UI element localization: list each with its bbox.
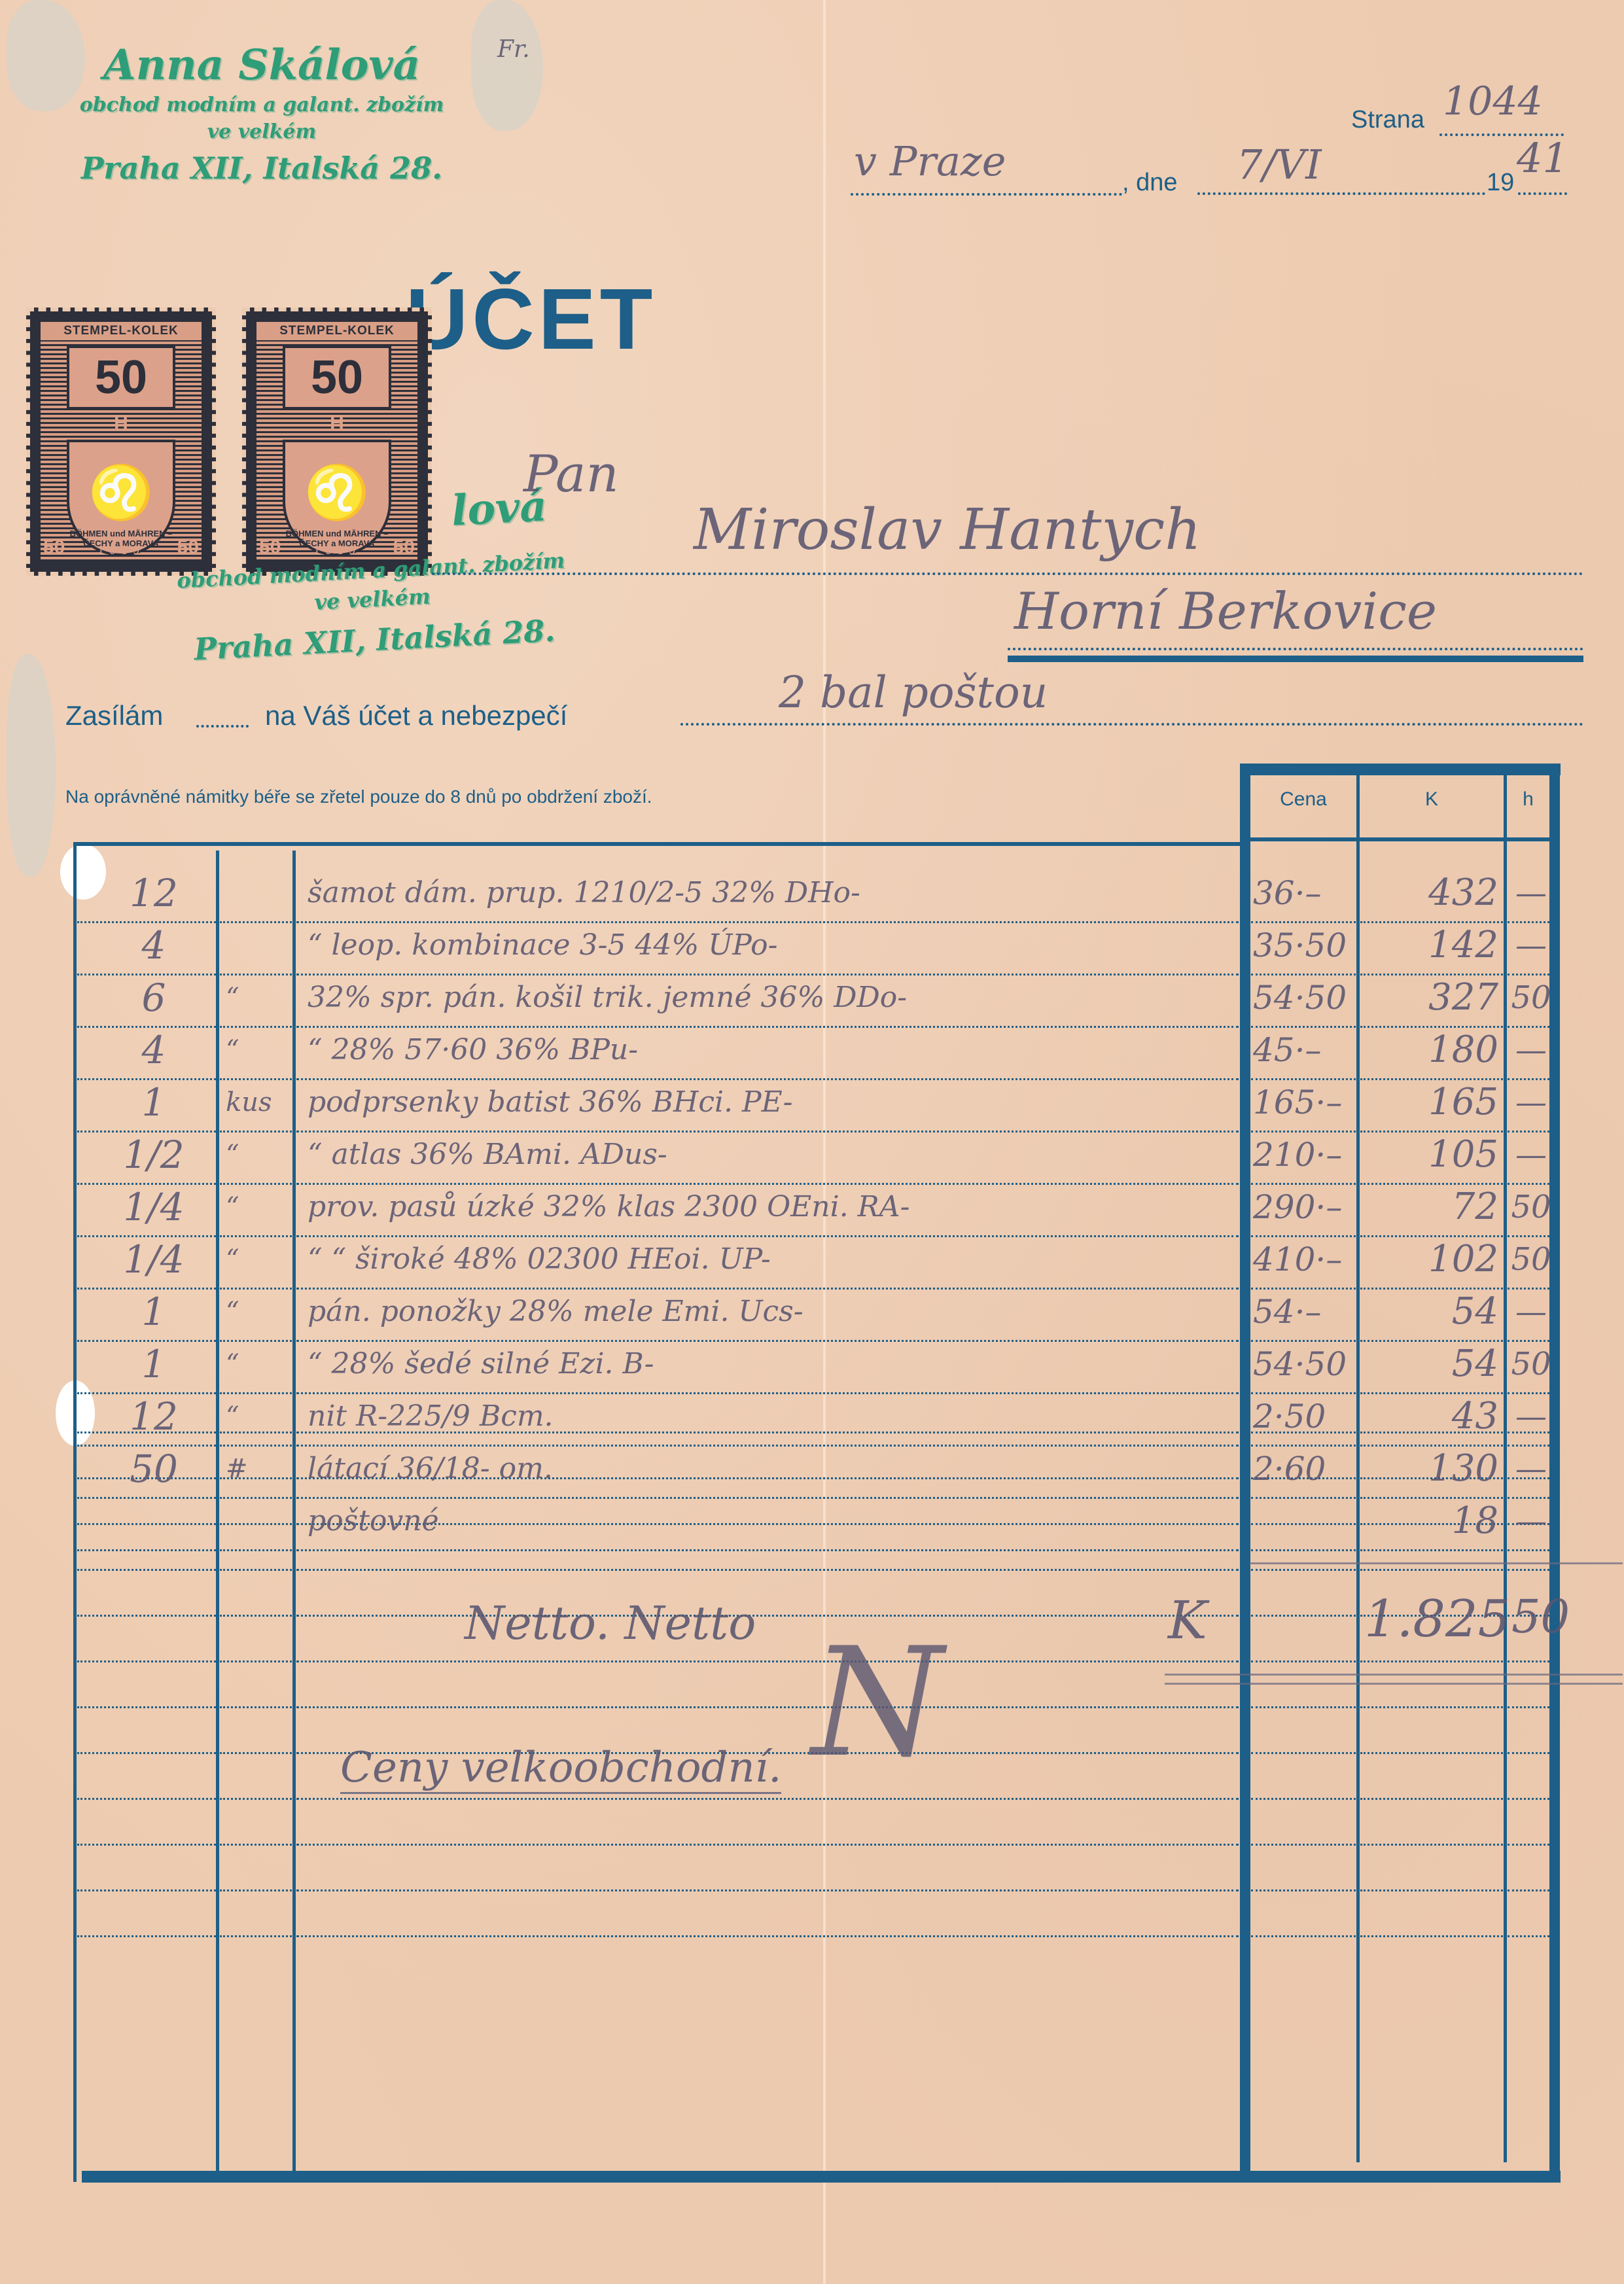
total-hellers: 50 <box>1511 1590 1570 1643</box>
row-qty: 12 <box>105 1394 203 1439</box>
stamp-top-label: STEMPEL-KOLEK <box>256 322 417 340</box>
row-unit: “ <box>226 1132 288 1178</box>
row-qty: 1 <box>105 1080 203 1125</box>
shipping-value: 2 bal poštou <box>779 667 1048 718</box>
row-unit: “ <box>226 975 288 1021</box>
row-dotted-line <box>1508 1935 1549 1937</box>
row-qty: 1 <box>105 1341 203 1387</box>
row-crowns: 43 <box>1364 1394 1498 1439</box>
row-dotted-line <box>1251 1889 1356 1891</box>
row-price: 290·– <box>1253 1184 1354 1230</box>
lion-emblem-icon: ♌ <box>285 462 389 523</box>
row-crowns: 72 <box>1364 1184 1498 1230</box>
table-top-rule <box>73 842 1241 846</box>
row-hellers: — <box>1508 1132 1554 1178</box>
row-dotted-line <box>220 1935 292 1937</box>
row-crowns: 130 <box>1364 1446 1498 1492</box>
row-dotted-line <box>77 1497 216 1499</box>
row-dotted-line <box>1251 1935 1356 1937</box>
row-unit: “ <box>226 1394 288 1439</box>
row-dotted-line <box>1251 1844 1356 1846</box>
total-crowns: 1.825 <box>1364 1590 1510 1649</box>
row-hellers: — <box>1508 1498 1554 1544</box>
year-field-line <box>1518 192 1567 195</box>
row-dotted-line <box>1251 1497 1356 1499</box>
shipping-label-a: Zasílám <box>65 700 163 731</box>
letterhead-line1: obchod modním a galant. zbožím <box>33 92 491 119</box>
currency-mark: K <box>1168 1590 1207 1651</box>
row-dotted-line <box>77 1706 216 1708</box>
row-dotted-line <box>1508 1798 1549 1800</box>
row-dotted-line <box>220 1615 292 1617</box>
row-dotted-line <box>296 1615 1239 1617</box>
recipient-town: Horní Berkovice <box>1014 582 1437 641</box>
row-dotted-line <box>1360 1569 1503 1571</box>
row-dotted-line <box>296 1798 1239 1800</box>
letterhead-address: Praha XII, Italská 28. <box>33 145 491 191</box>
row-crowns: 142 <box>1364 922 1498 968</box>
price-header-rule <box>1250 837 1549 841</box>
row-unit: “ <box>226 1237 288 1282</box>
recipient-name: Miroslav Hantych <box>694 497 1201 563</box>
total-double-rule <box>1165 1674 1623 1676</box>
column-header-hellers: h <box>1507 788 1549 811</box>
row-price: 36·– <box>1253 870 1354 916</box>
row-hellers: — <box>1508 870 1554 916</box>
row-dotted-line <box>296 1569 1239 1571</box>
row-dotted-line <box>220 1660 292 1662</box>
signature: N <box>811 1616 943 1791</box>
year-value: 41 <box>1517 134 1568 182</box>
recipient-salutation: Pan <box>523 445 619 504</box>
row-desc: šamot dám. prup. 1210/2-5 32% DHo- <box>308 870 1224 916</box>
row-desc: 32% spr. pán. košil trik. jemné 36% DDo- <box>308 975 1224 1021</box>
row-dotted-line <box>1251 1549 1356 1551</box>
row-qty: 1 <box>105 1289 203 1335</box>
stamp-value: 50 <box>67 345 175 410</box>
row-dotted-line <box>296 1935 1239 1937</box>
stamp-unit: H <box>256 412 417 434</box>
row-price: 2·50 <box>1253 1394 1354 1439</box>
row-dotted-line <box>77 1935 216 1937</box>
total-double-rule <box>1165 1683 1623 1685</box>
qty-unit-divider <box>216 851 219 2182</box>
row-dotted-line <box>77 1523 216 1525</box>
row-hellers: 50 <box>1508 1237 1554 1282</box>
row-dotted-line <box>77 1844 216 1846</box>
row-qty: 1/4 <box>105 1184 203 1230</box>
row-dotted-line <box>220 1752 292 1754</box>
letterhead-name: Anna Skálová <box>33 39 491 92</box>
row-dotted-line <box>1508 1752 1549 1754</box>
crowns-hellers-divider <box>1504 775 1507 2162</box>
revenue-stamp: STEMPEL-KOLEK 50 H ♌ BÖHMEN und MÄHREN –… <box>26 307 216 576</box>
page-label: Strana <box>1351 106 1424 134</box>
complaints-notice: Na oprávněné námitky béře se zřetel pouz… <box>65 786 652 807</box>
row-crowns: 180 <box>1364 1027 1498 1073</box>
recipient-name-line <box>432 572 1583 575</box>
recipient-town-line <box>1008 648 1583 650</box>
stamp-value: 50 <box>283 345 391 410</box>
row-desc: nit R-225/9 Bcm. <box>308 1394 1224 1439</box>
row-dotted-line <box>1360 1935 1503 1937</box>
date-label: , dne <box>1122 169 1178 197</box>
row-unit: # <box>226 1446 288 1492</box>
row-unit: “ <box>226 1184 288 1230</box>
row-hellers: — <box>1508 1027 1554 1073</box>
stamp-unit: H <box>41 412 202 434</box>
place-field-line <box>851 193 1122 196</box>
row-dotted-line <box>1251 1523 1356 1525</box>
row-hellers: — <box>1508 1289 1554 1335</box>
row-dotted-line <box>220 921 292 923</box>
row-crowns: 18 <box>1364 1498 1498 1544</box>
row-desc: “ atlas 36% BAmi. ADus- <box>308 1132 1224 1178</box>
row-dotted-line <box>1508 1706 1549 1708</box>
row-dotted-line <box>220 1569 292 1571</box>
row-dotted-line <box>1360 1844 1503 1846</box>
row-price: 45·– <box>1253 1027 1354 1073</box>
subtotal-rule <box>1250 1562 1623 1564</box>
row-desc: podprsenky batist 36% BHci. PE- <box>308 1080 1224 1125</box>
row-dotted-line <box>77 1889 216 1891</box>
page-value: 1044 <box>1443 79 1543 124</box>
row-dotted-line <box>220 1706 292 1708</box>
row-price: 210·– <box>1253 1132 1354 1178</box>
row-dotted-line <box>77 1752 216 1754</box>
row-dotted-line <box>1360 1706 1503 1708</box>
row-price: 35·50 <box>1253 922 1354 968</box>
date-field-line <box>1197 192 1485 195</box>
row-hellers: 50 <box>1508 975 1554 1021</box>
row-dotted-line <box>77 1569 216 1571</box>
row-dotted-line <box>296 1660 1239 1662</box>
column-header-crowns: K <box>1360 788 1504 811</box>
row-qty: 6 <box>105 975 203 1021</box>
row-desc: prov. pasů úzké 32% klas 2300 OEni. RA- <box>308 1184 1224 1230</box>
row-desc: “ leop. kombinace 3-5 44% ÚPo- <box>308 922 1224 968</box>
stamp-corner-value: 50 <box>177 536 199 559</box>
shipping-field-line <box>680 723 1583 726</box>
row-hellers: 50 <box>1508 1341 1554 1387</box>
row-crowns: 327 <box>1364 975 1498 1021</box>
row-dotted-line <box>1360 1798 1503 1800</box>
row-desc: poštovné <box>308 1498 1224 1544</box>
price-box-left <box>1240 775 1250 2172</box>
row-desc: látací 36/18- om. <box>308 1446 1224 1492</box>
letterhead-stamp: Anna Skálová obchod modním a galant. zbo… <box>33 39 491 191</box>
row-qty: 1/2 <box>105 1132 203 1178</box>
row-dotted-line <box>220 1549 292 1551</box>
row-dotted-line <box>1508 1660 1549 1662</box>
row-price: 54·50 <box>1253 975 1354 1021</box>
row-crowns: 54 <box>1364 1289 1498 1335</box>
price-box-top <box>1240 764 1561 775</box>
row-unit: “ <box>226 1289 288 1335</box>
table-left-border <box>73 844 77 2182</box>
row-dotted-line <box>296 1844 1239 1846</box>
row-dotted-line <box>1360 1889 1503 1891</box>
column-header-price: Cena <box>1250 788 1356 811</box>
row-dotted-line <box>77 1549 216 1551</box>
row-dotted-line <box>1360 1660 1503 1662</box>
year-prefix: 19 <box>1487 169 1514 197</box>
row-desc: “ “ široké 48% 02300 HEoi. UP- <box>308 1237 1224 1282</box>
date-value: 7/VI <box>1237 141 1322 188</box>
row-dotted-line <box>220 1844 292 1846</box>
row-dotted-line <box>1508 1889 1549 1891</box>
row-unit: “ <box>226 1341 288 1387</box>
letterhead-line2: ve velkém <box>33 119 491 145</box>
row-dotted-line <box>220 1798 292 1800</box>
row-qty: 1/4 <box>105 1237 203 1282</box>
stamp-shield: ♌ BÖHMEN und MÄHREN – ČECHY a MORAVA <box>283 440 391 556</box>
row-dotted-line <box>1360 1752 1503 1754</box>
row-price: 165·– <box>1253 1080 1354 1125</box>
row-dotted-line <box>1360 1549 1503 1551</box>
row-desc: “ 28% šedé silné Ezi. B- <box>308 1341 1224 1387</box>
row-crowns: 165 <box>1364 1080 1498 1125</box>
row-qty: 50 <box>105 1446 203 1492</box>
row-crowns: 105 <box>1364 1132 1498 1178</box>
row-dotted-line <box>77 1798 216 1800</box>
row-dotted-line <box>220 1889 292 1891</box>
row-price: 54·– <box>1253 1289 1354 1335</box>
row-hellers: — <box>1508 1446 1554 1492</box>
row-qty: 12 <box>105 870 203 916</box>
place-value: v Praze <box>854 137 1006 185</box>
row-hellers: — <box>1508 1080 1554 1125</box>
row-dotted-line <box>1508 1844 1549 1846</box>
row-desc: “ 28% 57·60 36% BPu- <box>308 1027 1224 1073</box>
row-dotted-line <box>220 1497 292 1499</box>
margin-note: Fr. <box>497 36 530 63</box>
row-desc: pán. ponožky 28% mele Emi. Ucs- <box>308 1289 1224 1335</box>
netto-label: Netto. Netto <box>465 1596 756 1650</box>
row-dotted-line <box>77 1615 216 1617</box>
stamp-shield: ♌ BÖHMEN und MÄHREN – ČECHY a MORAVA <box>67 440 175 556</box>
row-unit: “ <box>226 1027 288 1073</box>
row-dotted-line <box>1251 1706 1356 1708</box>
row-hellers: — <box>1508 1394 1554 1439</box>
unit-desc-divider <box>292 851 296 2175</box>
document-title: ÚČET <box>406 273 656 365</box>
row-qty: 4 <box>105 1027 203 1073</box>
row-dotted-line <box>1508 1549 1549 1551</box>
row-crowns: 102 <box>1364 1237 1498 1282</box>
row-dotted-line <box>77 1660 216 1662</box>
row-unit: kus <box>226 1080 288 1125</box>
row-dotted-line <box>220 1523 292 1525</box>
table-bottom-rule <box>82 2171 1561 2183</box>
row-qty: 4 <box>105 922 203 968</box>
row-dotted-line <box>296 1706 1239 1708</box>
row-hellers: — <box>1508 922 1554 968</box>
row-dotted-line <box>1251 1798 1356 1800</box>
row-dotted-line <box>296 1889 1239 1891</box>
row-crowns: 432 <box>1364 870 1498 916</box>
recipient-underline <box>1008 656 1583 662</box>
shipping-gap-line <box>196 725 249 728</box>
row-hellers: 50 <box>1508 1184 1554 1230</box>
price-crowns-divider <box>1356 775 1360 2162</box>
row-price: 54·50 <box>1253 1341 1354 1387</box>
row-dotted-line <box>1251 1660 1356 1662</box>
row-crowns: 54 <box>1364 1341 1498 1387</box>
row-dotted-line <box>1251 1615 1356 1617</box>
row-price: 410·– <box>1253 1237 1354 1282</box>
lion-emblem-icon: ♌ <box>69 462 173 523</box>
row-dotted-line <box>296 1549 1239 1551</box>
shipping-label-b: na Váš účet a nebezpečí <box>265 700 567 731</box>
row-dotted-line <box>1251 1569 1356 1571</box>
row-dotted-line <box>1508 1569 1549 1571</box>
row-dotted-line <box>1251 1752 1356 1754</box>
wholesale-price-note: Ceny velkoobchodní. <box>340 1744 781 1794</box>
revenue-stamp: STEMPEL-KOLEK 50 H ♌ BÖHMEN und MÄHREN –… <box>242 307 432 576</box>
stamp-top-label: STEMPEL-KOLEK <box>41 322 202 340</box>
row-price: 2·60 <box>1253 1446 1354 1492</box>
punch-hole <box>60 844 106 900</box>
